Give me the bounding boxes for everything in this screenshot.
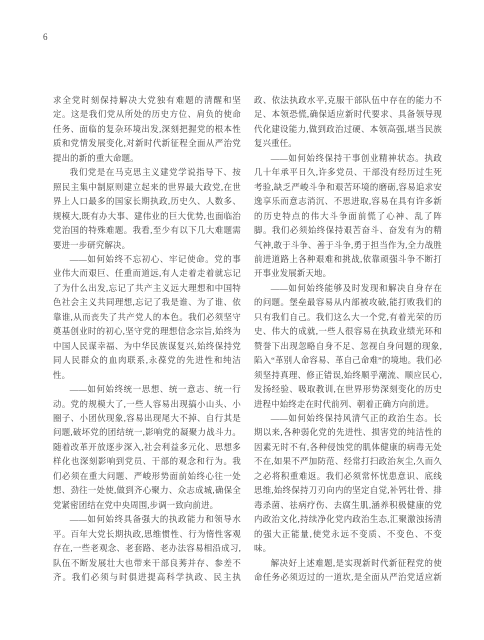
body-paragraph: 我们党是在马克思主义建党学说指导下、按照民主集中制原则建立起来的世界最大政党,在…	[53, 166, 241, 253]
body-paragraph: ——如何始终保持风清气正的政治生态。长期以来,各种弱化党的先进性、损害党的纯洁性…	[254, 412, 442, 557]
page-number: 6	[43, 32, 48, 42]
body-paragraph: ——如何始终不忘初心、牢记使命。党的事业伟大而艰巨、任重而道远,有人走着走着就忘…	[53, 253, 241, 383]
body-paragraph: 求全党时刻保持解决大党独有难题的清醒和坚定。这是我们党从所处的历史方位、肩负的使…	[53, 94, 241, 166]
page-body-text: 求全党时刻保持解决大党独有难题的清醒和坚定。这是我们党从所处的历史方位、肩负的使…	[53, 94, 442, 586]
body-paragraph: ——如何始终能够及时发现和解决自身存在的问题。堡垒最容易从内部被攻破,能打败我们…	[254, 282, 442, 412]
body-paragraph: ——如何始终统一思想、统一意志、统一行动。党的规模大了,一些人容易出现搞小山头、…	[53, 383, 241, 513]
body-paragraph: ——如何始终保持干事创业精神状态。执政几十年承平日久,许多党员、干部没有经历过生…	[254, 152, 442, 282]
